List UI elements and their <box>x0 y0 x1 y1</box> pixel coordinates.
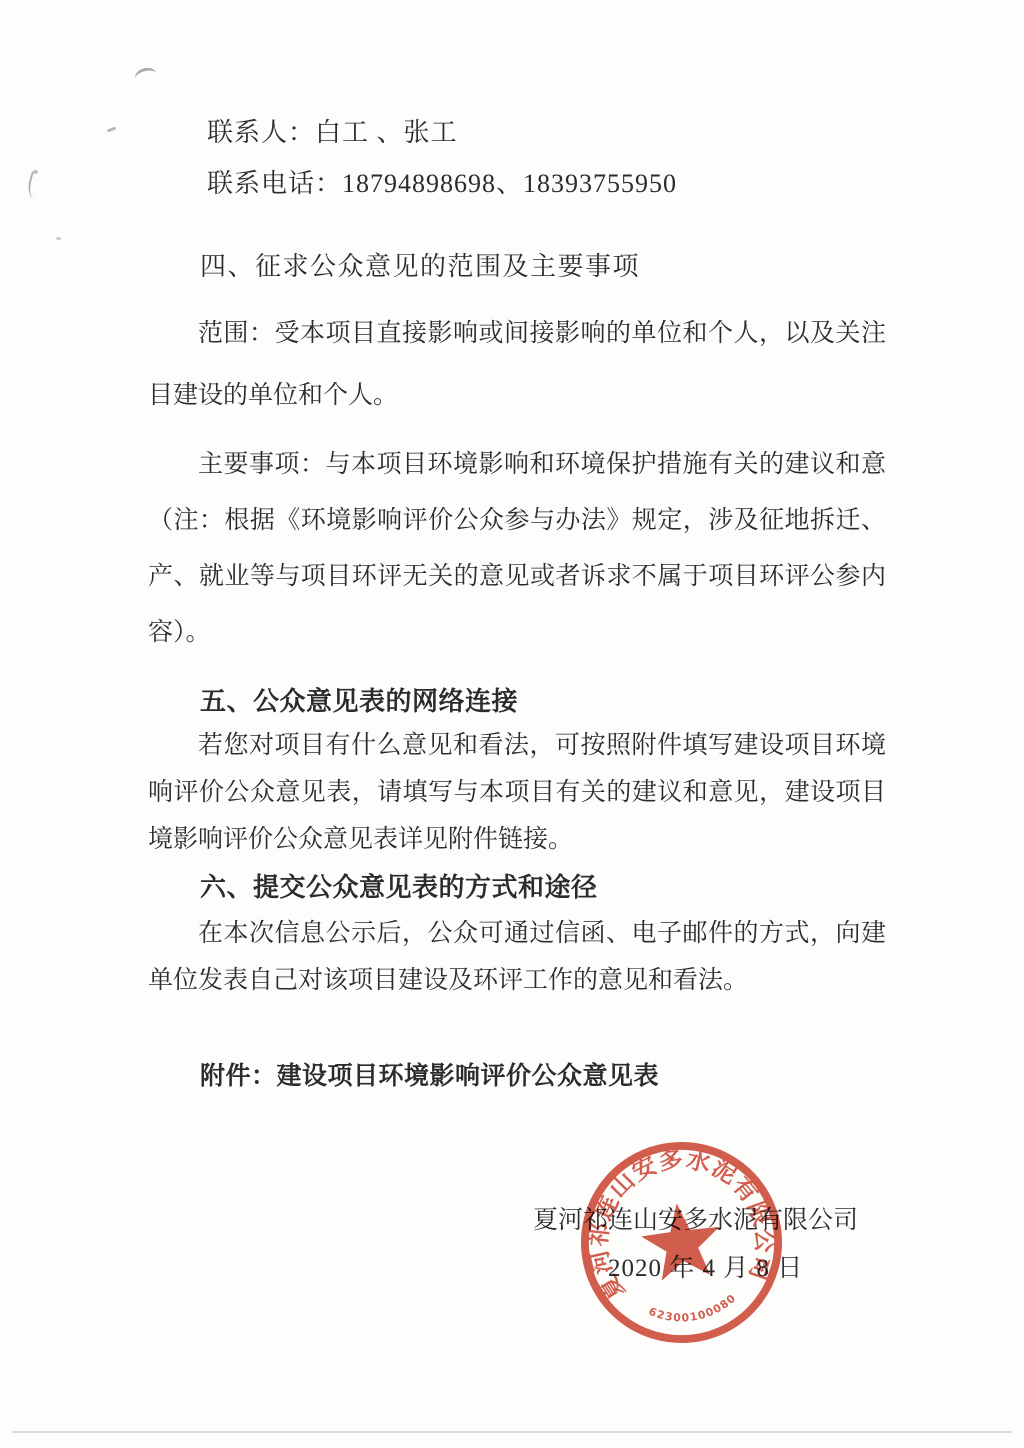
paragraph-line: 在本次信息公示后，公众可通过信函、电子邮件的方式，向建设 <box>148 910 886 957</box>
company-seal: 夏河祁连山安多水泥有限公司 6230010008076 <box>566 1127 797 1358</box>
section6-heading: 六、提交公众意见表的方式和途径 <box>200 867 598 904</box>
paragraph-line: 产、就业等与项目环评无关的意见或者诉求不属于项目环评公参内 <box>148 549 886 605</box>
scope-paragraph: 范围：受本项目直接影响或间接影响的单位和个人，以及关注项 目建设的单位和个人。 <box>148 303 886 427</box>
scan-smudge <box>107 127 116 133</box>
paragraph-line: 目建设的单位和个人。 <box>148 365 886 427</box>
matters-paragraph: 主要事项：与本项目环境影响和环境保护措施有关的建议和意见 （注：根据《环境影响评… <box>148 437 886 661</box>
paragraph-line: 单位发表自己对该项目建设及环评工作的意见和看法。 <box>148 957 886 1004</box>
paragraph-line: 若您对项目有什么意见和看法，可按照附件填写建设项目环境影 <box>148 722 886 769</box>
scan-smudge <box>133 66 158 88</box>
seal-star-icon <box>638 1199 725 1283</box>
contact-person-line: 联系人：白工 、张工 <box>207 112 947 149</box>
section5-heading: 五、公众意见表的网络连接 <box>200 681 518 718</box>
section5-paragraph: 若您对项目有什么意见和看法，可按照附件填写建设项目环境影 响评价公众意见表，请填… <box>148 722 886 863</box>
paragraph-line: （注：根据《环境影响评价公众参与办法》规定，涉及征地拆迁、财 <box>148 493 886 549</box>
paragraph-line: 境影响评价公众意见表详见附件链接。 <box>148 816 886 863</box>
contact-phone-line: 联系电话：18794898698、18393755950 <box>207 163 947 200</box>
scan-smudge <box>56 237 61 240</box>
section4-heading: 四、征求公众意见的范围及主要事项 <box>200 246 640 283</box>
attachment-line: 附件：建设项目环境影响评价公众意见表 <box>200 1056 659 1092</box>
paragraph-line: 范围：受本项目直接影响或间接影响的单位和个人，以及关注项 <box>148 303 886 365</box>
paragraph-line: 容）。 <box>148 605 886 661</box>
scan-smudge <box>25 171 47 200</box>
scan-artifact-line <box>12 1431 1012 1433</box>
scanned-document-page: 联系人：白工 、张工 联系电话：18794898698、18393755950 … <box>0 0 1024 1448</box>
paragraph-line: 主要事项：与本项目环境影响和环境保护措施有关的建议和意见 <box>148 437 886 493</box>
paragraph-line: 响评价公众意见表，请填写与本项目有关的建议和意见，建设项目环 <box>148 769 886 816</box>
section6-paragraph: 在本次信息公示后，公众可通过信函、电子邮件的方式，向建设 单位发表自己对该项目建… <box>148 910 886 1004</box>
